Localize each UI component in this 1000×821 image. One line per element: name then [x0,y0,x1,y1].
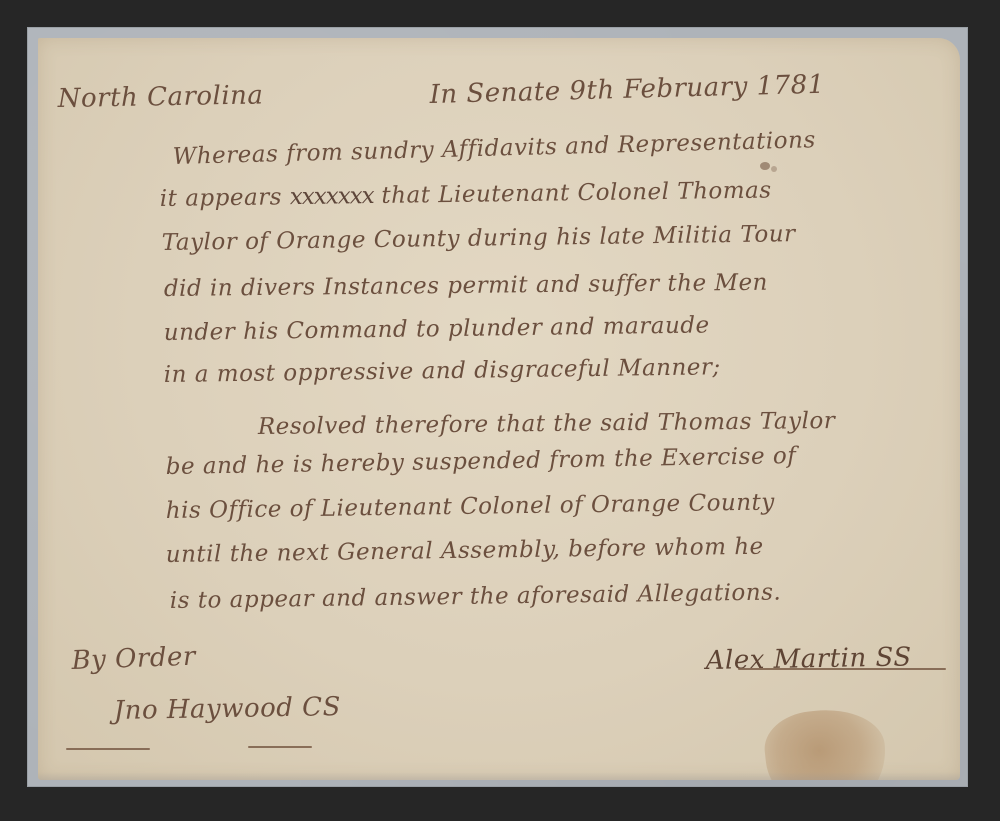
body-text: it appears [160,184,283,212]
clerk-underline-left [66,748,150,750]
body-line-6: in a most oppressive and disgraceful Man… [164,356,721,387]
body-line-7: Resolved therefore that the said Thomas … [258,410,836,439]
clerk-signature: Jno Haywood CS [114,694,342,724]
body-line-9: his Office of Lieutenant Colonel of Oran… [166,491,775,523]
water-stain [761,704,891,780]
body-line-8: be and he is hereby suspended from the E… [166,445,797,479]
struck-through-word: xxxxxxx [290,183,374,210]
place-heading: North Carolina [58,82,264,112]
by-order-label: By Order [71,644,196,674]
body-line-2: it appears xxxxxxx that Lieutenant Colon… [160,179,772,211]
body-line-10: until the next General Assembly, before … [166,536,764,567]
body-line-4: did in divers Instances permit and suffe… [164,272,768,301]
ink-blot [771,166,777,172]
body-line-1: Whereas from sundry Affidavits and Repre… [172,129,816,169]
manuscript-page: North Carolina In Senate 9th February 17… [38,38,960,780]
body-line-11: is to appear and answer the aforesaid Al… [170,581,782,613]
body-text: that Lieutenant Colonel Thomas [381,177,772,208]
dateline: In Senate 9th February 1781 [429,72,825,108]
body-line-5: under his Command to plunder and maraude [164,314,710,345]
clerk-underline-right [248,746,312,748]
signature-underline [738,668,946,670]
ink-blot [760,162,770,170]
body-line-3: Taylor of Orange County during his late … [162,223,796,255]
